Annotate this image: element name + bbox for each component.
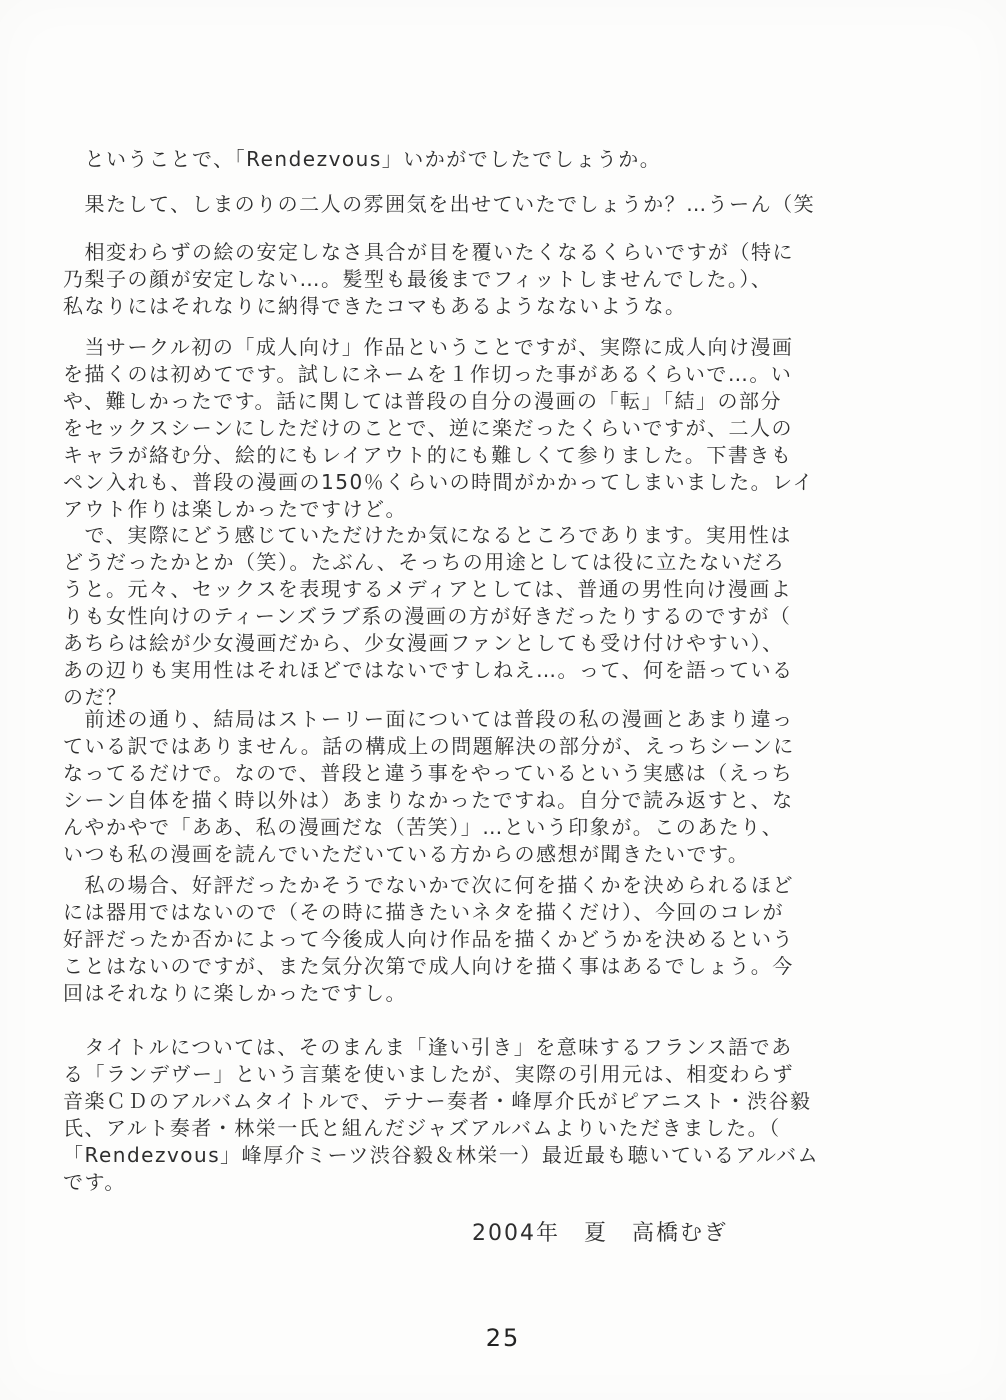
text-line: 前述の通り、結局はストーリー面については普段の私の漫画とあまり違っ [63,706,775,733]
page-number: 25 [0,1324,1006,1352]
text-line: あの辺りも実用性はそれほどではないですしねえ…。って、何を語っている [63,657,775,684]
text-line: を描くのは初めてです。試しにネームを１作切った事があるくらいで…。い [63,361,775,388]
text-line: 果たして、しまのりの二人の雰囲気を出せていたでしょうか？…うーん（笑 [63,191,775,218]
text-line: りも女性向けのティーンズラブ系の漫画の方が好きだったりするのですが（ [63,603,775,630]
paragraph: 相変わらずの絵の安定しなさ具合が目を覆いたくなるくらいですが（特に乃梨子の顔が安… [63,239,775,320]
text-line: 私なりにはそれなりに納得できたコマもあるようなないような。 [63,293,775,320]
text-line: タイトルについては、そのまんま「逢い引き」を意味するフランス語であ [63,1034,775,1061]
paragraph: ということで、「Rendezvous」いかがでしたでしょうか。 [63,146,775,173]
text-line: んやかやで「ああ、私の漫画だな（苦笑）」…という印象が。このあたり、 [63,814,775,841]
text-line: 私の場合、好評だったかそうでないかで次に何を描くかを決められるほど [63,872,775,899]
text-line: ことはないのですが、また気分次第で成人向けを描く事はあるでしょう。今 [63,953,775,980]
text-line: どうだったかとか（笑）。たぶん、そっちの用途としては役に立たないだろ [63,549,775,576]
text-line: 好評だったか否かによって今後成人向け作品を描くかどうかを決めるという [63,926,775,953]
paragraph: で、実際にどう感じていただけたか気になるところであります。実用性はどうだったかと… [63,522,775,711]
text-line: 相変わらずの絵の安定しなさ具合が目を覆いたくなるくらいですが（特に [63,239,775,266]
text-line: うと。元々、セックスを表現するメディアとしては、普通の男性向け漫画よ [63,576,775,603]
text-line: あちらは絵が少女漫画だから、少女漫画ファンとしても受け付けやすい）、 [63,630,775,657]
text-line: をセックスシーンにしただけのことで、逆に楽だったくらいですが、二人の [63,415,775,442]
text-line: 音楽ＣＤのアルバムタイトルで、テナー奏者・峰厚介氏がピアニスト・渋谷毅 [63,1088,775,1115]
text-line: アウト作りは楽しかったですけど。 [63,496,775,523]
text-line: です。 [63,1169,775,1196]
text-line: 氏、アルト奏者・林栄一氏と組んだジャズアルバムよりいただきました。（ [63,1115,775,1142]
text-line: や、難しかったです。話に関しては普段の自分の漫画の「転」「結」の部分 [63,388,775,415]
paragraph: 私の場合、好評だったかそうでないかで次に何を描くかを決められるほどには器用ではな… [63,872,775,1007]
paragraph: タイトルについては、そのまんま「逢い引き」を意味するフランス語である「ランデヴー… [63,1034,775,1196]
text-line: ている訳ではありません。話の構成上の問題解決の部分が、えっちシーンに [63,733,775,760]
scanned-page: ということで、「Rendezvous」いかがでしたでしょうか。 果たして、しまの… [0,0,1006,1400]
text-line: で、実際にどう感じていただけたか気になるところであります。実用性は [63,522,775,549]
text-line: 当サークル初の「成人向け」作品ということですが、実際に成人向け漫画 [63,334,775,361]
text-line: 回はそれなりに楽しかったですし。 [63,980,775,1007]
paragraph: 当サークル初の「成人向け」作品ということですが、実際に成人向け漫画を描くのは初め… [63,334,775,523]
paragraph: 果たして、しまのりの二人の雰囲気を出せていたでしょうか？…うーん（笑 [63,191,775,218]
text-line: 「Rendezvous」峰厚介ミーツ渋谷毅＆林栄一）最近最も聴いているアルバム [63,1142,775,1169]
text-line: 乃梨子の顔が安定しない…。髪型も最後までフィットしませんでした。）、 [63,266,775,293]
text-line: ということで、「Rendezvous」いかがでしたでしょうか。 [63,146,775,173]
text-line: キャラが絡む分、絵的にもレイアウト的にも難しくて参りました。下書きも [63,442,775,469]
text-line: る「ランデヴー」という言葉を使いましたが、実際の引用元は、相変わらず [63,1061,775,1088]
author-signature: 2004年 夏 高橋むぎ [472,1216,728,1247]
text-line: なってるだけで。なので、普段と違う事をやっているという実感は（えっち [63,760,775,787]
text-line: には器用ではないので（その時に描きたいネタを描くだけ）、今回のコレが [63,899,775,926]
text-line: いつも私の漫画を読んでいただいている方からの感想が聞きたいです。 [63,841,775,868]
paragraph: 前述の通り、結局はストーリー面については普段の私の漫画とあまり違っている訳ではあ… [63,706,775,868]
text-line: シーン自体を描く時以外は）あまりなかったですね。自分で読み返すと、な [63,787,775,814]
text-line: ペン入れも、普段の漫画の150％くらいの時間がかかってしまいました。レイ [63,469,775,496]
